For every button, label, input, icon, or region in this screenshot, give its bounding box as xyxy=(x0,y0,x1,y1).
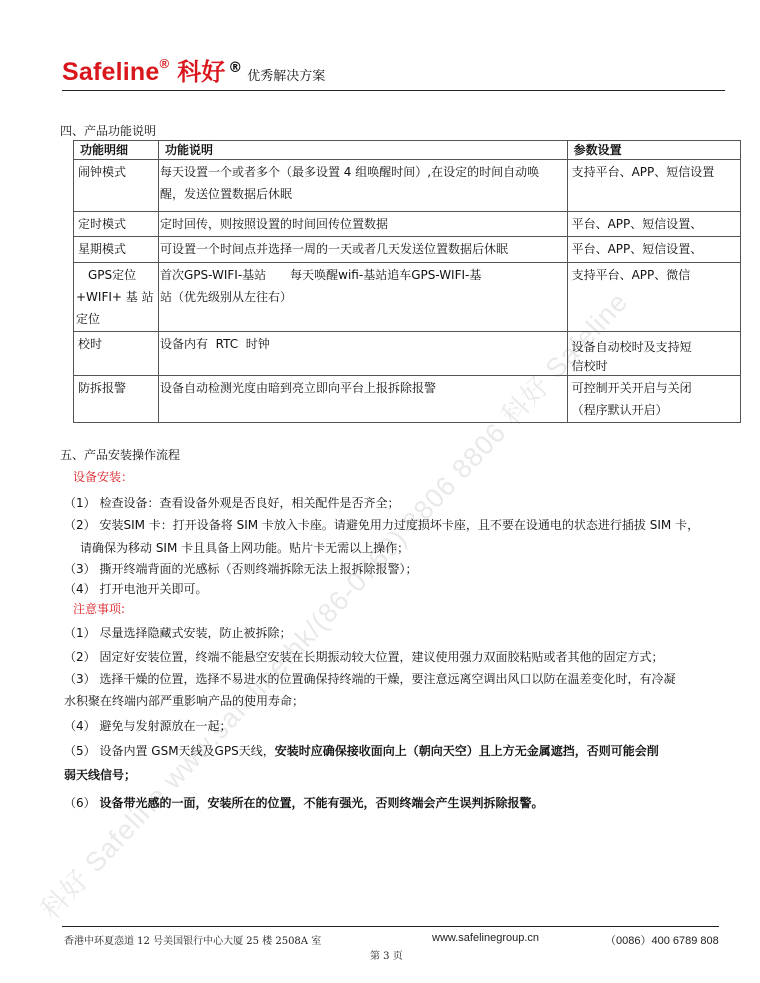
install-step: （4） 打开电池开关即可。 xyxy=(64,580,207,598)
note-number: （3） xyxy=(64,672,96,686)
footer-address: 香港中环夏悫道 12 号美国银行中心大厦 25 楼 2508A 室 xyxy=(64,932,321,947)
params-line: 可控制开关开启与关闭 xyxy=(572,377,737,399)
install-heading: 设备安装： xyxy=(73,468,133,486)
step-text: 检查设备：查看设备外观是否良好，相关配件是否齐全； xyxy=(99,496,399,510)
feature-name: 星期模式 xyxy=(74,237,159,263)
note-number: （4） xyxy=(64,719,96,733)
footer-phone: （0086）400 6789 808 xyxy=(605,932,719,948)
step-text: 安装SIM 卡：打开设备将 SIM 卡放入卡座。请避免用力过度损坏卡座，且不要在… xyxy=(99,518,699,532)
note-continuation: 弱天线信号； xyxy=(64,766,136,784)
note-text: 设备内置 GSM天线及GPS天线， xyxy=(99,744,274,758)
feature-name: 闹钟模式 xyxy=(74,160,159,212)
feature-description: 每天设置一个或者多个（最多设置 4 组唤醒时间）,在设定的时间自动唤醒，发送位置… xyxy=(158,160,567,212)
step-number: （4） xyxy=(64,582,96,596)
note-text: 尽量选择隐藏式安装，防止被拆除； xyxy=(99,626,291,640)
feature-params: 平台、APP、短信设置、 xyxy=(567,237,740,263)
step-text: 打开电池开关即可。 xyxy=(99,582,207,596)
note-number: （6） xyxy=(64,796,96,810)
footer-divider xyxy=(62,926,719,927)
column-header: 功能说明 xyxy=(158,141,567,160)
step-number: （3） xyxy=(64,562,96,576)
table-row: 防拆报警 设备自动检测光度由暗到亮立即向平台上报拆除报警 可控制开关开启与关闭（… xyxy=(74,376,741,423)
notes-heading: 注意事项: xyxy=(73,600,125,618)
note-item: （1） 尽量选择隐藏式安装，防止被拆除； xyxy=(64,624,291,642)
note-text: 选择干燥的位置，选择不易进水的位置确保持终端的干燥，要注意远离空调出风口以防在温… xyxy=(99,672,675,686)
feature-name: 定时模式 xyxy=(74,212,159,237)
feature-params: 平台、APP、短信设置、 xyxy=(567,212,740,237)
registered-mark: ® xyxy=(159,56,169,71)
note-item: （3） 选择干燥的位置，选择不易进水的位置确保持终端的干燥，要注意远离空调出风口… xyxy=(64,670,675,688)
feature-description: 可设置一个时间点并选择一周的一天或者几天发送位置数据后休眠 xyxy=(158,237,567,263)
feature-name: 防拆报警 xyxy=(74,376,159,423)
column-header: 功能明细 xyxy=(74,141,159,160)
table-row: GPS定位 +WIFI+ 基 站 定位 首次GPS-WIFI-基站 每天唤醒wi… xyxy=(74,263,741,332)
feature-description: 设备自动检测光度由暗到亮立即向平台上报拆除报警 xyxy=(158,376,567,423)
feature-table: 功能明细 功能说明 参数设置 闹钟模式 每天设置一个或者多个（最多设置 4 组唤… xyxy=(73,140,741,423)
params-line: 支持平台、APP、短信设置 xyxy=(572,161,737,183)
table-row: 校时 设备内有 RTC 时钟 设备自动校时及支持短信校时 xyxy=(74,332,741,376)
header-divider xyxy=(62,90,725,91)
table-header-row: 功能明细 功能说明 参数设置 xyxy=(74,141,741,160)
feature-name-line: 定位 xyxy=(76,308,155,330)
note-continuation: 水积聚在终端内部严重影响产品的使用寿命； xyxy=(64,692,304,710)
feature-name-line: +WIFI+ 基 站 xyxy=(76,286,155,308)
brand-name-cn: 科好 xyxy=(177,52,225,87)
brand-name-en: Safeline xyxy=(62,58,159,86)
note-item: （2） 固定好安装位置，终端不能悬空安装在长期振动较大位置，建议使用强力双面胶粘… xyxy=(64,648,663,666)
note-number: （5） xyxy=(64,744,96,758)
note-text: 避免与发射源放在一起； xyxy=(99,719,231,733)
feature-params: 支持平台、APP、短信设置 xyxy=(567,160,740,212)
install-step-continuation: 请确保为移动 SIM 卡且具备上网功能。贴片卡无需以上操作； xyxy=(80,539,409,557)
footer-website: www.safelinegroup.cn xyxy=(432,932,539,944)
table-row: 星期模式 可设置一个时间点并选择一周的一天或者几天发送位置数据后休眠 平台、AP… xyxy=(74,237,741,263)
params-line: （程序默认开启） xyxy=(572,399,737,421)
step-number: （1） xyxy=(64,496,96,510)
column-header: 参数设置 xyxy=(567,141,740,160)
note-text-emphasis: 设备带光感的一面，安装所在的位置，不能有强光，否则终端会产生误判拆除报警。 xyxy=(99,796,543,810)
install-step: （3） 撕开终端背面的光感标（否则终端拆除无法上报拆除报警）； xyxy=(64,560,417,578)
feature-name: 校时 xyxy=(74,332,159,376)
description-line: 醒，发送位置数据后休眠 xyxy=(160,183,564,205)
brand-slogan: 优秀解决方案 xyxy=(247,65,325,84)
note-number: （2） xyxy=(64,650,96,664)
install-step: （2） 安装SIM 卡：打开设备将 SIM 卡放入卡座。请避免用力过度损坏卡座，… xyxy=(64,516,699,534)
params-line: 信校时 xyxy=(572,358,737,374)
install-step: （1） 检查设备：查看设备外观是否良好，相关配件是否齐全； xyxy=(64,494,399,512)
section-title-features: 四、产品功能说明 xyxy=(60,122,156,139)
feature-params: 支持平台、APP、微信 xyxy=(567,263,740,332)
page-header: Safeline® 科好 ® 优秀解决方案 xyxy=(62,52,325,87)
note-text: 固定好安装位置，终端不能悬空安装在长期振动较大位置，建议使用强力双面胶粘贴或者其… xyxy=(99,650,663,664)
note-number: （1） xyxy=(64,626,96,640)
note-item: （6） 设备带光感的一面，安装所在的位置，不能有强光，否则终端会产生误判拆除报警… xyxy=(64,794,543,812)
page-number: 第 3 页 xyxy=(370,947,403,962)
section-title-install: 五、产品安装操作流程 xyxy=(60,446,180,463)
feature-name: GPS定位 +WIFI+ 基 站 定位 xyxy=(74,263,159,332)
registered-mark-cn: ® xyxy=(228,60,242,76)
table-row: 定时模式 定时回传，则按照设置的时间回传位置数据 平台、APP、短信设置、 xyxy=(74,212,741,237)
feature-description: 首次GPS-WIFI-基站 每天唤醒wifi-基站追车GPS-WIFI-基站（优… xyxy=(158,263,567,332)
step-text: 撕开终端背面的光感标（否则终端拆除无法上报拆除报警）； xyxy=(99,562,417,576)
feature-name-line: GPS定位 xyxy=(76,264,155,286)
table-row: 闹钟模式 每天设置一个或者多个（最多设置 4 组唤醒时间）,在设定的时间自动唤醒… xyxy=(74,160,741,212)
description-line: 首次GPS-WIFI-基站 每天唤醒wifi-基站追车GPS-WIFI-基 xyxy=(160,264,564,286)
note-text-emphasis: 安装时应确保接收面向上（朝向天空）且上方无金属遮挡，否则可能会削 xyxy=(275,744,659,758)
description-line: 每天设置一个或者多个（最多设置 4 组唤醒时间）,在设定的时间自动唤 xyxy=(160,161,564,183)
description-line: 站（优先级别从左往右） xyxy=(160,286,564,308)
feature-params: 设备自动校时及支持短信校时 xyxy=(567,332,740,376)
step-number: （2） xyxy=(64,518,96,532)
feature-description: 设备内有 RTC 时钟 xyxy=(158,332,567,376)
note-item: （4） 避免与发射源放在一起； xyxy=(64,717,231,735)
note-item: （5） 设备内置 GSM天线及GPS天线，安装时应确保接收面向上（朝向天空）且上… xyxy=(64,742,659,760)
feature-description: 定时回传，则按照设置的时间回传位置数据 xyxy=(158,212,567,237)
params-line: 设备自动校时及支持短 xyxy=(572,336,737,358)
brand-logo: Safeline® xyxy=(62,58,169,87)
feature-params: 可控制开关开启与关闭（程序默认开启） xyxy=(567,376,740,423)
